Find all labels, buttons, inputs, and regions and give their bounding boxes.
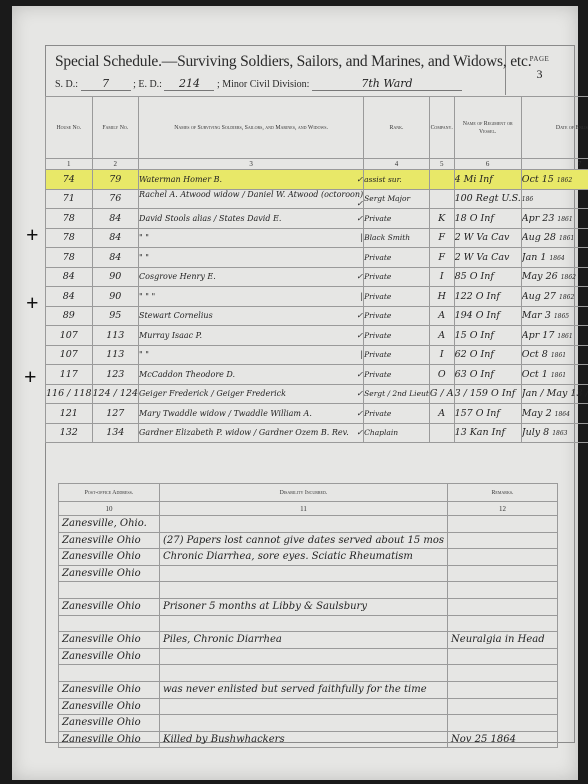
cell-remarks bbox=[448, 698, 558, 715]
title-block: Special Schedule.—Surviving Soldiers, Sa… bbox=[45, 45, 506, 95]
district-info: S. D.: 7 ; E. D.: 214 ; Minor Civil Divi… bbox=[55, 77, 462, 91]
cell-house: 116 / 118 bbox=[46, 384, 93, 404]
table-row: 7176Rachel A. Atwood widow / Daniel W. A… bbox=[46, 189, 588, 209]
cell-family: 95 bbox=[92, 306, 139, 326]
mcd-label: ; Minor Civil Division: bbox=[217, 79, 310, 90]
cell-disability bbox=[159, 516, 447, 533]
cell-regiment: 13 Kan Inf bbox=[454, 423, 521, 443]
cell-disability bbox=[159, 615, 447, 632]
cell-disability: Piles, Chronic Diarrhea bbox=[159, 632, 447, 649]
cell-regiment: 85 O Inf bbox=[454, 267, 521, 287]
table-row: 117123McCaddon Theodore D. ✓PrivateO63 O… bbox=[46, 365, 588, 385]
cell-remarks bbox=[448, 715, 558, 732]
house-no-header: House No. bbox=[46, 97, 93, 159]
cell-remarks bbox=[448, 681, 558, 698]
table-row: 7884" " PrivateF2 W Va CavJan 1 1864June… bbox=[46, 248, 588, 268]
cell-name: Geiger Frederick / Geiger Frederick ✓ bbox=[139, 384, 364, 404]
cell-rank: Private bbox=[364, 404, 430, 424]
cell-name: Murray Isaac P. ✓ bbox=[139, 326, 364, 346]
rank-header: Rank. bbox=[364, 97, 430, 159]
cell-disability bbox=[159, 582, 447, 599]
cell-remarks bbox=[448, 648, 558, 665]
page-box: PAGE 3 bbox=[506, 45, 573, 95]
regiment-header: Name of Regiment or Vessel. bbox=[454, 97, 521, 159]
cell-name: Gardner Elizabeth P. widow / Gardner Oze… bbox=[139, 423, 364, 443]
cell-name: Stewart Cornelius ✓ bbox=[139, 306, 364, 326]
cell-name: Waterman Homer B. ✓ bbox=[139, 170, 364, 190]
cell-address: Zanesville Ohio bbox=[59, 565, 160, 582]
family-no-header: Family No. bbox=[92, 97, 139, 159]
cell-family: 124 / 124 bbox=[92, 384, 139, 404]
cell-family: 90 bbox=[92, 287, 139, 307]
mcd-value: 7th Ward bbox=[312, 77, 462, 91]
table-row: 7884" " |Black SmithF2 W Va CavAug 28 18… bbox=[46, 228, 588, 248]
ed-label: ; E. D.: bbox=[133, 79, 162, 90]
cell-enl-month: Apr 17 1861 bbox=[521, 326, 588, 346]
cell-enl-month: May 2 1864 bbox=[521, 404, 588, 424]
cell-family: 79 bbox=[92, 170, 139, 190]
cell-remarks: Nov 25 1864 bbox=[448, 731, 558, 748]
cell-remarks bbox=[448, 549, 558, 566]
cell-rank: Private bbox=[364, 248, 430, 268]
cell-name: " " " | bbox=[139, 287, 364, 307]
cell-regiment: 194 O Inf bbox=[454, 306, 521, 326]
col-num: 7 bbox=[521, 159, 588, 170]
cell-regiment: 3 / 159 O Inf bbox=[454, 384, 521, 404]
cell-regiment: 100 Regt U.S. bbox=[454, 189, 521, 209]
cell-house: 78 bbox=[46, 228, 93, 248]
col-num: 5 bbox=[429, 159, 454, 170]
cell-remarks bbox=[448, 615, 558, 632]
cell-company: F bbox=[429, 228, 454, 248]
cell-name: Cosgrove Henry E. ✓ bbox=[139, 267, 364, 287]
cell-address: Zanesville, Ohio. bbox=[59, 516, 160, 533]
cell-address: Zanesville Ohio bbox=[59, 648, 160, 665]
address-row: Zanesville OhioPrisoner 5 months at Libb… bbox=[59, 598, 558, 615]
company-header: Company. bbox=[429, 97, 454, 159]
cell-company bbox=[429, 423, 454, 443]
page-label: PAGE bbox=[506, 55, 573, 63]
cell-house: 78 bbox=[46, 248, 93, 268]
cell-house: 107 bbox=[46, 345, 93, 365]
cell-address: Zanesville Ohio bbox=[59, 598, 160, 615]
cell-company: I bbox=[429, 267, 454, 287]
cell-house: 78 bbox=[46, 209, 93, 229]
cell-family: 84 bbox=[92, 228, 139, 248]
cell-rank: Private bbox=[364, 209, 430, 229]
col-num: 6 bbox=[454, 159, 521, 170]
cell-regiment: 62 O Inf bbox=[454, 345, 521, 365]
cell-regiment: 18 O Inf bbox=[454, 209, 521, 229]
col-num: 10 bbox=[59, 502, 160, 516]
cell-name: " " bbox=[139, 248, 364, 268]
cell-name: Mary Twaddle widow / Twaddle William A. … bbox=[139, 404, 364, 424]
cell-disability: Prisoner 5 months at Libby & Saulsbury bbox=[159, 598, 447, 615]
cell-company: O bbox=[429, 365, 454, 385]
soldiers-table: House No. Family No. Names of Surviving … bbox=[45, 96, 588, 443]
cell-remarks bbox=[448, 516, 558, 533]
cell-company: A bbox=[429, 326, 454, 346]
table-row: 132134Gardner Elizabeth P. widow / Gardn… bbox=[46, 423, 588, 443]
address-row: Zanesville, Ohio. bbox=[59, 516, 558, 533]
cell-company: A bbox=[429, 404, 454, 424]
cell-remarks bbox=[448, 665, 558, 682]
cell-family: 90 bbox=[92, 267, 139, 287]
enlistment-header: Date of Enlistment. bbox=[521, 97, 588, 159]
cell-address: Zanesville Ohio bbox=[59, 715, 160, 732]
cell-enl-month: Oct 8 1861 bbox=[521, 345, 588, 365]
remarks-header: Remarks. bbox=[448, 484, 558, 502]
cell-name: " " | bbox=[139, 345, 364, 365]
cell-regiment: 122 O Inf bbox=[454, 287, 521, 307]
cell-house: 132 bbox=[46, 423, 93, 443]
address-row: Zanesville Ohiowas never enlisted but se… bbox=[59, 681, 558, 698]
cell-regiment: 157 O Inf bbox=[454, 404, 521, 424]
cell-disability: Killed by Bushwhackers bbox=[159, 731, 447, 748]
cell-house: 117 bbox=[46, 365, 93, 385]
cell-house: 89 bbox=[46, 306, 93, 326]
cell-rank: Sergt / 2nd Lieut bbox=[364, 384, 430, 404]
address-header: Post-office Address. bbox=[59, 484, 160, 502]
cell-regiment: 2 W Va Cav bbox=[454, 228, 521, 248]
cell-rank: Sergt Major bbox=[364, 189, 430, 209]
address-row bbox=[59, 615, 558, 632]
cell-address bbox=[59, 665, 160, 682]
cell-rank: Chaplain bbox=[364, 423, 430, 443]
address-row: Zanesville OhioKilled by BushwhackersNov… bbox=[59, 731, 558, 748]
cell-disability: Chronic Diarrhea, sore eyes. Sciatic Rhe… bbox=[159, 549, 447, 566]
cell-disability bbox=[159, 648, 447, 665]
cell-name: " " | bbox=[139, 228, 364, 248]
ed-value: 214 bbox=[164, 77, 214, 91]
cell-enl-month: Oct 15 1862 bbox=[521, 170, 588, 190]
col-num: 11 bbox=[159, 502, 447, 516]
page-number: 3 bbox=[506, 67, 573, 82]
cell-enl-month: Oct 1 1861 bbox=[521, 365, 588, 385]
cell-enl-month: Jan / May 13 / 2 1861 / 1864 bbox=[521, 384, 588, 404]
cell-company bbox=[429, 189, 454, 209]
cell-remarks bbox=[448, 565, 558, 582]
cell-house: 121 bbox=[46, 404, 93, 424]
table-row: 7884David Stools alias / States David E.… bbox=[46, 209, 588, 229]
cell-enl-month: Aug 28 1861 bbox=[521, 228, 588, 248]
address-row: Zanesville Ohio bbox=[59, 648, 558, 665]
cell-name: McCaddon Theodore D. ✓ bbox=[139, 365, 364, 385]
cell-disability bbox=[159, 698, 447, 715]
address-row: Zanesville Ohio bbox=[59, 565, 558, 582]
cell-address: Zanesville Ohio bbox=[59, 632, 160, 649]
table-row: 8995Stewart Cornelius ✓PrivateA194 O Inf… bbox=[46, 306, 588, 326]
cell-address: Zanesville Ohio bbox=[59, 681, 160, 698]
cell-family: 127 bbox=[92, 404, 139, 424]
cell-rank: Private bbox=[364, 365, 430, 385]
table-row: 8490Cosgrove Henry E. ✓PrivateI85 O InfM… bbox=[46, 267, 588, 287]
col-num: 4 bbox=[364, 159, 430, 170]
cell-address: Zanesville Ohio bbox=[59, 532, 160, 549]
cell-enl-month: Apr 23 1861 bbox=[521, 209, 588, 229]
cell-family: 76 bbox=[92, 189, 139, 209]
cell-company: H bbox=[429, 287, 454, 307]
cell-house: 74 bbox=[46, 170, 93, 190]
cell-house: 84 bbox=[46, 287, 93, 307]
col-num: 3 bbox=[139, 159, 364, 170]
address-row: Zanesville OhioPiles, Chronic DiarrheaNe… bbox=[59, 632, 558, 649]
cell-family: 123 bbox=[92, 365, 139, 385]
cell-disability bbox=[159, 665, 447, 682]
cell-rank: Private bbox=[364, 345, 430, 365]
cross-mark: + bbox=[26, 290, 39, 316]
cell-remarks bbox=[448, 598, 558, 615]
cell-enl-month: Aug 27 1862 bbox=[521, 287, 588, 307]
cell-company: I bbox=[429, 345, 454, 365]
cell-remarks bbox=[448, 582, 558, 599]
cell-family: 84 bbox=[92, 248, 139, 268]
cell-rank: Private bbox=[364, 326, 430, 346]
address-row: Zanesville OhioChronic Diarrhea, sore ey… bbox=[59, 549, 558, 566]
cell-remarks: Neuralgia in Head bbox=[448, 632, 558, 649]
cell-regiment: 2 W Va Cav bbox=[454, 248, 521, 268]
cell-company: G / A bbox=[429, 384, 454, 404]
cell-house: 84 bbox=[46, 267, 93, 287]
cell-address: Zanesville Ohio bbox=[59, 731, 160, 748]
cell-house: 107 bbox=[46, 326, 93, 346]
cell-company: A bbox=[429, 306, 454, 326]
cell-address bbox=[59, 615, 160, 632]
cell-family: 113 bbox=[92, 326, 139, 346]
cell-company: F bbox=[429, 248, 454, 268]
cell-company: K bbox=[429, 209, 454, 229]
col-num: 2 bbox=[92, 159, 139, 170]
cell-rank: Black Smith bbox=[364, 228, 430, 248]
sd-label: S. D.: bbox=[55, 79, 78, 90]
cell-rank: Private bbox=[364, 306, 430, 326]
col-num: 12 bbox=[448, 502, 558, 516]
cell-disability bbox=[159, 565, 447, 582]
address-row: Zanesville Ohio bbox=[59, 715, 558, 732]
disability-header: Disability Incurred. bbox=[159, 484, 447, 502]
cell-family: 84 bbox=[92, 209, 139, 229]
cell-address: Zanesville Ohio bbox=[59, 698, 160, 715]
schedule-title: Special Schedule.—Surviving Soldiers, Sa… bbox=[55, 53, 531, 71]
cell-name: David Stools alias / States David E. ✓ bbox=[139, 209, 364, 229]
cell-rank: Private bbox=[364, 267, 430, 287]
table-row: 8490" " " |PrivateH122 O InfAug 27 1862M… bbox=[46, 287, 588, 307]
cell-rank: Private bbox=[364, 287, 430, 307]
cross-mark: + bbox=[24, 364, 37, 390]
cell-address bbox=[59, 582, 160, 599]
address-table: Post-office Address. Disability Incurred… bbox=[58, 483, 558, 748]
cell-disability: (27) Papers lost cannot give dates serve… bbox=[159, 532, 447, 549]
cell-name: Rachel A. Atwood widow / Daniel W. Atwoo… bbox=[139, 189, 364, 209]
address-row: Zanesville Ohio bbox=[59, 698, 558, 715]
table-row: 107113" " |PrivateI62 O InfOct 8 1861Aug… bbox=[46, 345, 588, 365]
sd-value: 7 bbox=[81, 77, 131, 91]
table-row: 121127Mary Twaddle widow / Twaddle Willi… bbox=[46, 404, 588, 424]
cell-enl-month: May 26 1862 bbox=[521, 267, 588, 287]
cell-house: 71 bbox=[46, 189, 93, 209]
cell-family: 113 bbox=[92, 345, 139, 365]
cell-enl-month: Jan 1 1864 bbox=[521, 248, 588, 268]
cell-regiment: 63 O Inf bbox=[454, 365, 521, 385]
cross-mark: + bbox=[26, 222, 39, 248]
cell-remarks bbox=[448, 532, 558, 549]
table-row: 7479Waterman Homer B. ✓assist sur.4 Mi I… bbox=[46, 170, 588, 190]
table-row: 107113Murray Isaac P. ✓PrivateA15 O InfA… bbox=[46, 326, 588, 346]
cell-enl-month: Mar 3 1865 bbox=[521, 306, 588, 326]
cell-regiment: 4 Mi Inf bbox=[454, 170, 521, 190]
cell-disability bbox=[159, 715, 447, 732]
col-num: 1 bbox=[46, 159, 93, 170]
cell-regiment: 15 O Inf bbox=[454, 326, 521, 346]
address-row bbox=[59, 665, 558, 682]
cell-enl-month: 186 bbox=[521, 189, 588, 209]
cell-disability: was never enlisted but served faithfully… bbox=[159, 681, 447, 698]
cell-company bbox=[429, 170, 454, 190]
cell-family: 134 bbox=[92, 423, 139, 443]
cell-rank: assist sur. bbox=[364, 170, 430, 190]
names-header: Names of Surviving Soldiers, Sailors, an… bbox=[139, 97, 364, 159]
cell-address: Zanesville Ohio bbox=[59, 549, 160, 566]
table-row: 116 / 118124 / 124Geiger Frederick / Gei… bbox=[46, 384, 588, 404]
cell-enl-month: July 8 1863 bbox=[521, 423, 588, 443]
address-row bbox=[59, 582, 558, 599]
address-row: Zanesville Ohio(27) Papers lost cannot g… bbox=[59, 532, 558, 549]
